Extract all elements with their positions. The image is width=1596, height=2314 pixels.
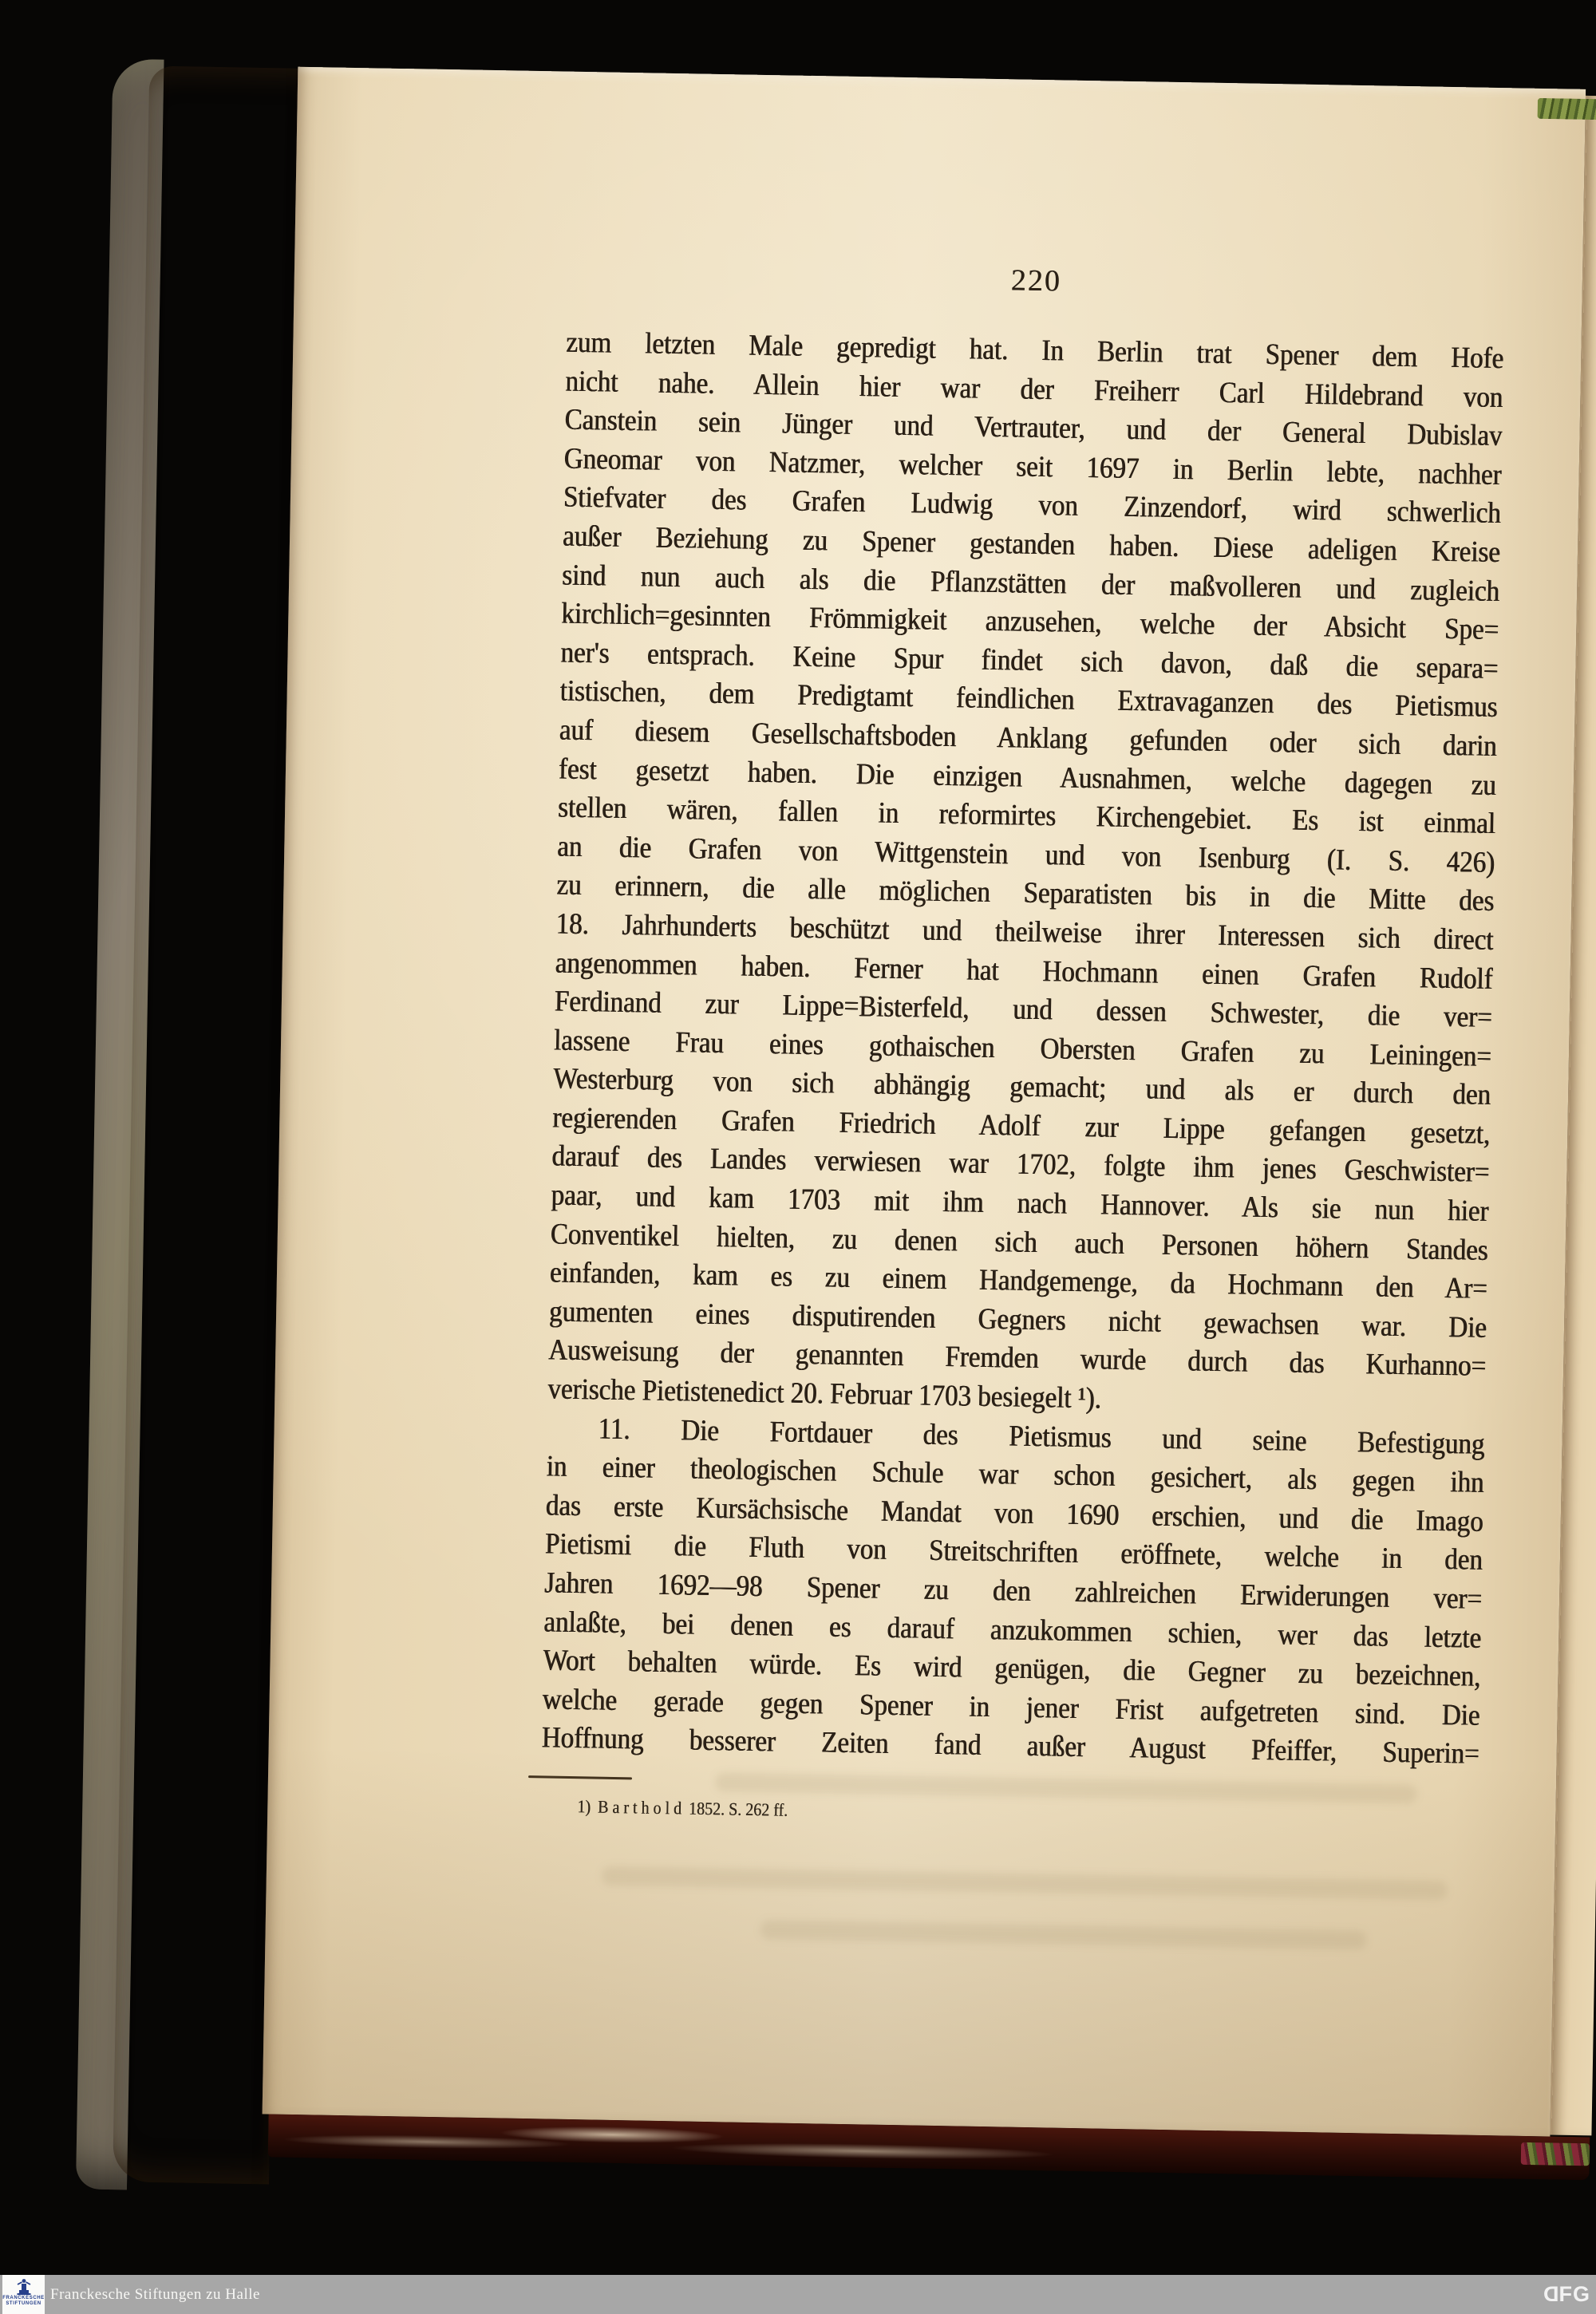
body-text: zum letzten Male gepredigt hat. In Berli… — [541, 324, 1503, 1775]
footnote-marker: 1) — [577, 1797, 591, 1817]
book: 220 zum letzten Male gepredigt hat. In B… — [76, 59, 1596, 2224]
library-name-label: Franckesche Stiftungen zu Halle — [50, 2275, 260, 2314]
show-through-smudge — [760, 1920, 1367, 1949]
headband-ribbon-top — [1537, 98, 1596, 120]
francke-logo: FRANCKESCHE STIFTUNGEN — [2, 2275, 45, 2314]
book-page: 220 zum letzten Male gepredigt hat. In B… — [263, 67, 1586, 2137]
dfg-logo-letter-d: D — [1543, 2275, 1559, 2314]
dfg-logo-letters-fg: FG — [1559, 2282, 1591, 2306]
show-through-smudge — [602, 1866, 1448, 1900]
footnote-author: Barthold — [598, 1798, 685, 1819]
francke-logo-text-2: STIFTUNGEN — [6, 2301, 41, 2307]
francke-tower-icon — [15, 2276, 33, 2296]
francke-logo-text-1: FRANCKESCHE — [2, 2296, 45, 2301]
footer-bar: FRANCKESCHE STIFTUNGEN Franckesche Stift… — [0, 2275, 1596, 2314]
footnote-rule — [528, 1775, 632, 1779]
show-through-smudge — [715, 1772, 1417, 1803]
footnote: 1)Barthold1852. S. 262 ff. — [577, 1797, 788, 1821]
scanned-book-photo: 220 zum letzten Male gepredigt hat. In B… — [0, 0, 1596, 2314]
footnote-reference: 1852. S. 262 ff. — [689, 1799, 788, 1821]
dfg-logo: DFG — [1543, 2275, 1590, 2314]
headband-ribbon-bottom — [1521, 2142, 1590, 2166]
page-number: 220 — [567, 255, 1506, 306]
